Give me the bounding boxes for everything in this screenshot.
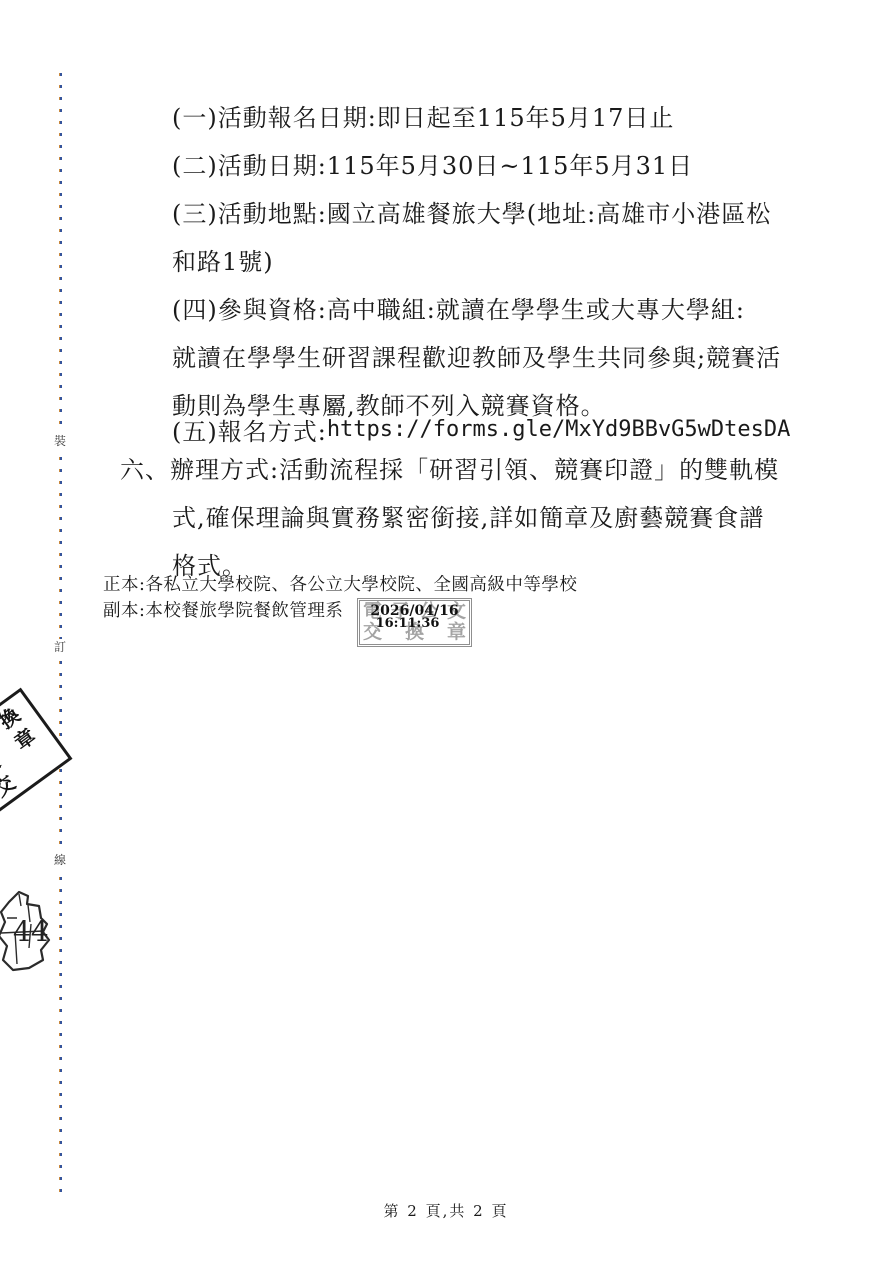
page-footer: 第 2 頁,共 2 頁 <box>0 1200 892 1221</box>
recipient-copy: 副本:本校餐旅學院餐飲管理系 <box>103 598 577 624</box>
electronic-exchange-stamp: 電 子 公 文 交 換 章 2026/04/16 16:11:36 <box>357 598 472 647</box>
binding-label-ding: 訂 <box>54 639 66 655</box>
body-line: (四)參與資格:高中職組:就讀在學學生或大專大學組: <box>120 283 810 331</box>
page-number-blob: 44 <box>0 888 55 974</box>
stamp-char: 交 <box>0 772 18 800</box>
recipients-block: 正本:各私立大學校院、各公立大學校院、全國高級中等學校 副本:本校餐旅學院餐飲管… <box>103 572 577 624</box>
exchange-stamp-datetime: 2026/04/16 16:11:36 <box>360 604 469 630</box>
stamp-char: 章 <box>11 725 39 753</box>
recipient-original: 正本:各私立大學校院、各公立大學校院、全國高級中等學校 <box>103 572 577 598</box>
document-body: (一)活動報名日期:即日起至115年5月17日止 (二)活動日期:115年5月3… <box>120 91 810 587</box>
body-line: (三)活動地點:國立高雄餐旅大學(地址:高雄市小港區松 <box>120 187 810 235</box>
page-mark-number: 44 <box>13 915 49 948</box>
document-page: 裝 訂 線 (一)活動報名日期:即日起至115年5月17日止 (二)活動日期:1… <box>0 0 892 1262</box>
body-line: (一)活動報名日期:即日起至115年5月17日止 <box>120 91 810 139</box>
binding-label-zhuang: 裝 <box>54 433 66 449</box>
binding-dots-navy <box>60 73 62 1199</box>
body-line: 六、辦理方式:活動流程採「研習引領、競賽印證」的雙軌模 <box>120 443 810 491</box>
registration-label: (五)報名方式: <box>172 412 327 447</box>
registration-url: https://forms.gle/MxYd9BBvG5wDtesDA <box>327 417 791 442</box>
body-line: 和路1號) <box>120 235 810 283</box>
body-line: 式,確保理論與實務緊密銜接,詳如簡章及廚藝競賽食譜 <box>120 491 810 539</box>
binding-dotted-line <box>59 73 62 1199</box>
body-line: 就讀在學學生研習課程歡迎教師及學生共同參與;競賽活 <box>120 331 810 379</box>
binding-label-xian: 線 <box>54 852 66 868</box>
body-line: (二)活動日期:115年5月30日~115年5月31日 <box>120 139 810 187</box>
